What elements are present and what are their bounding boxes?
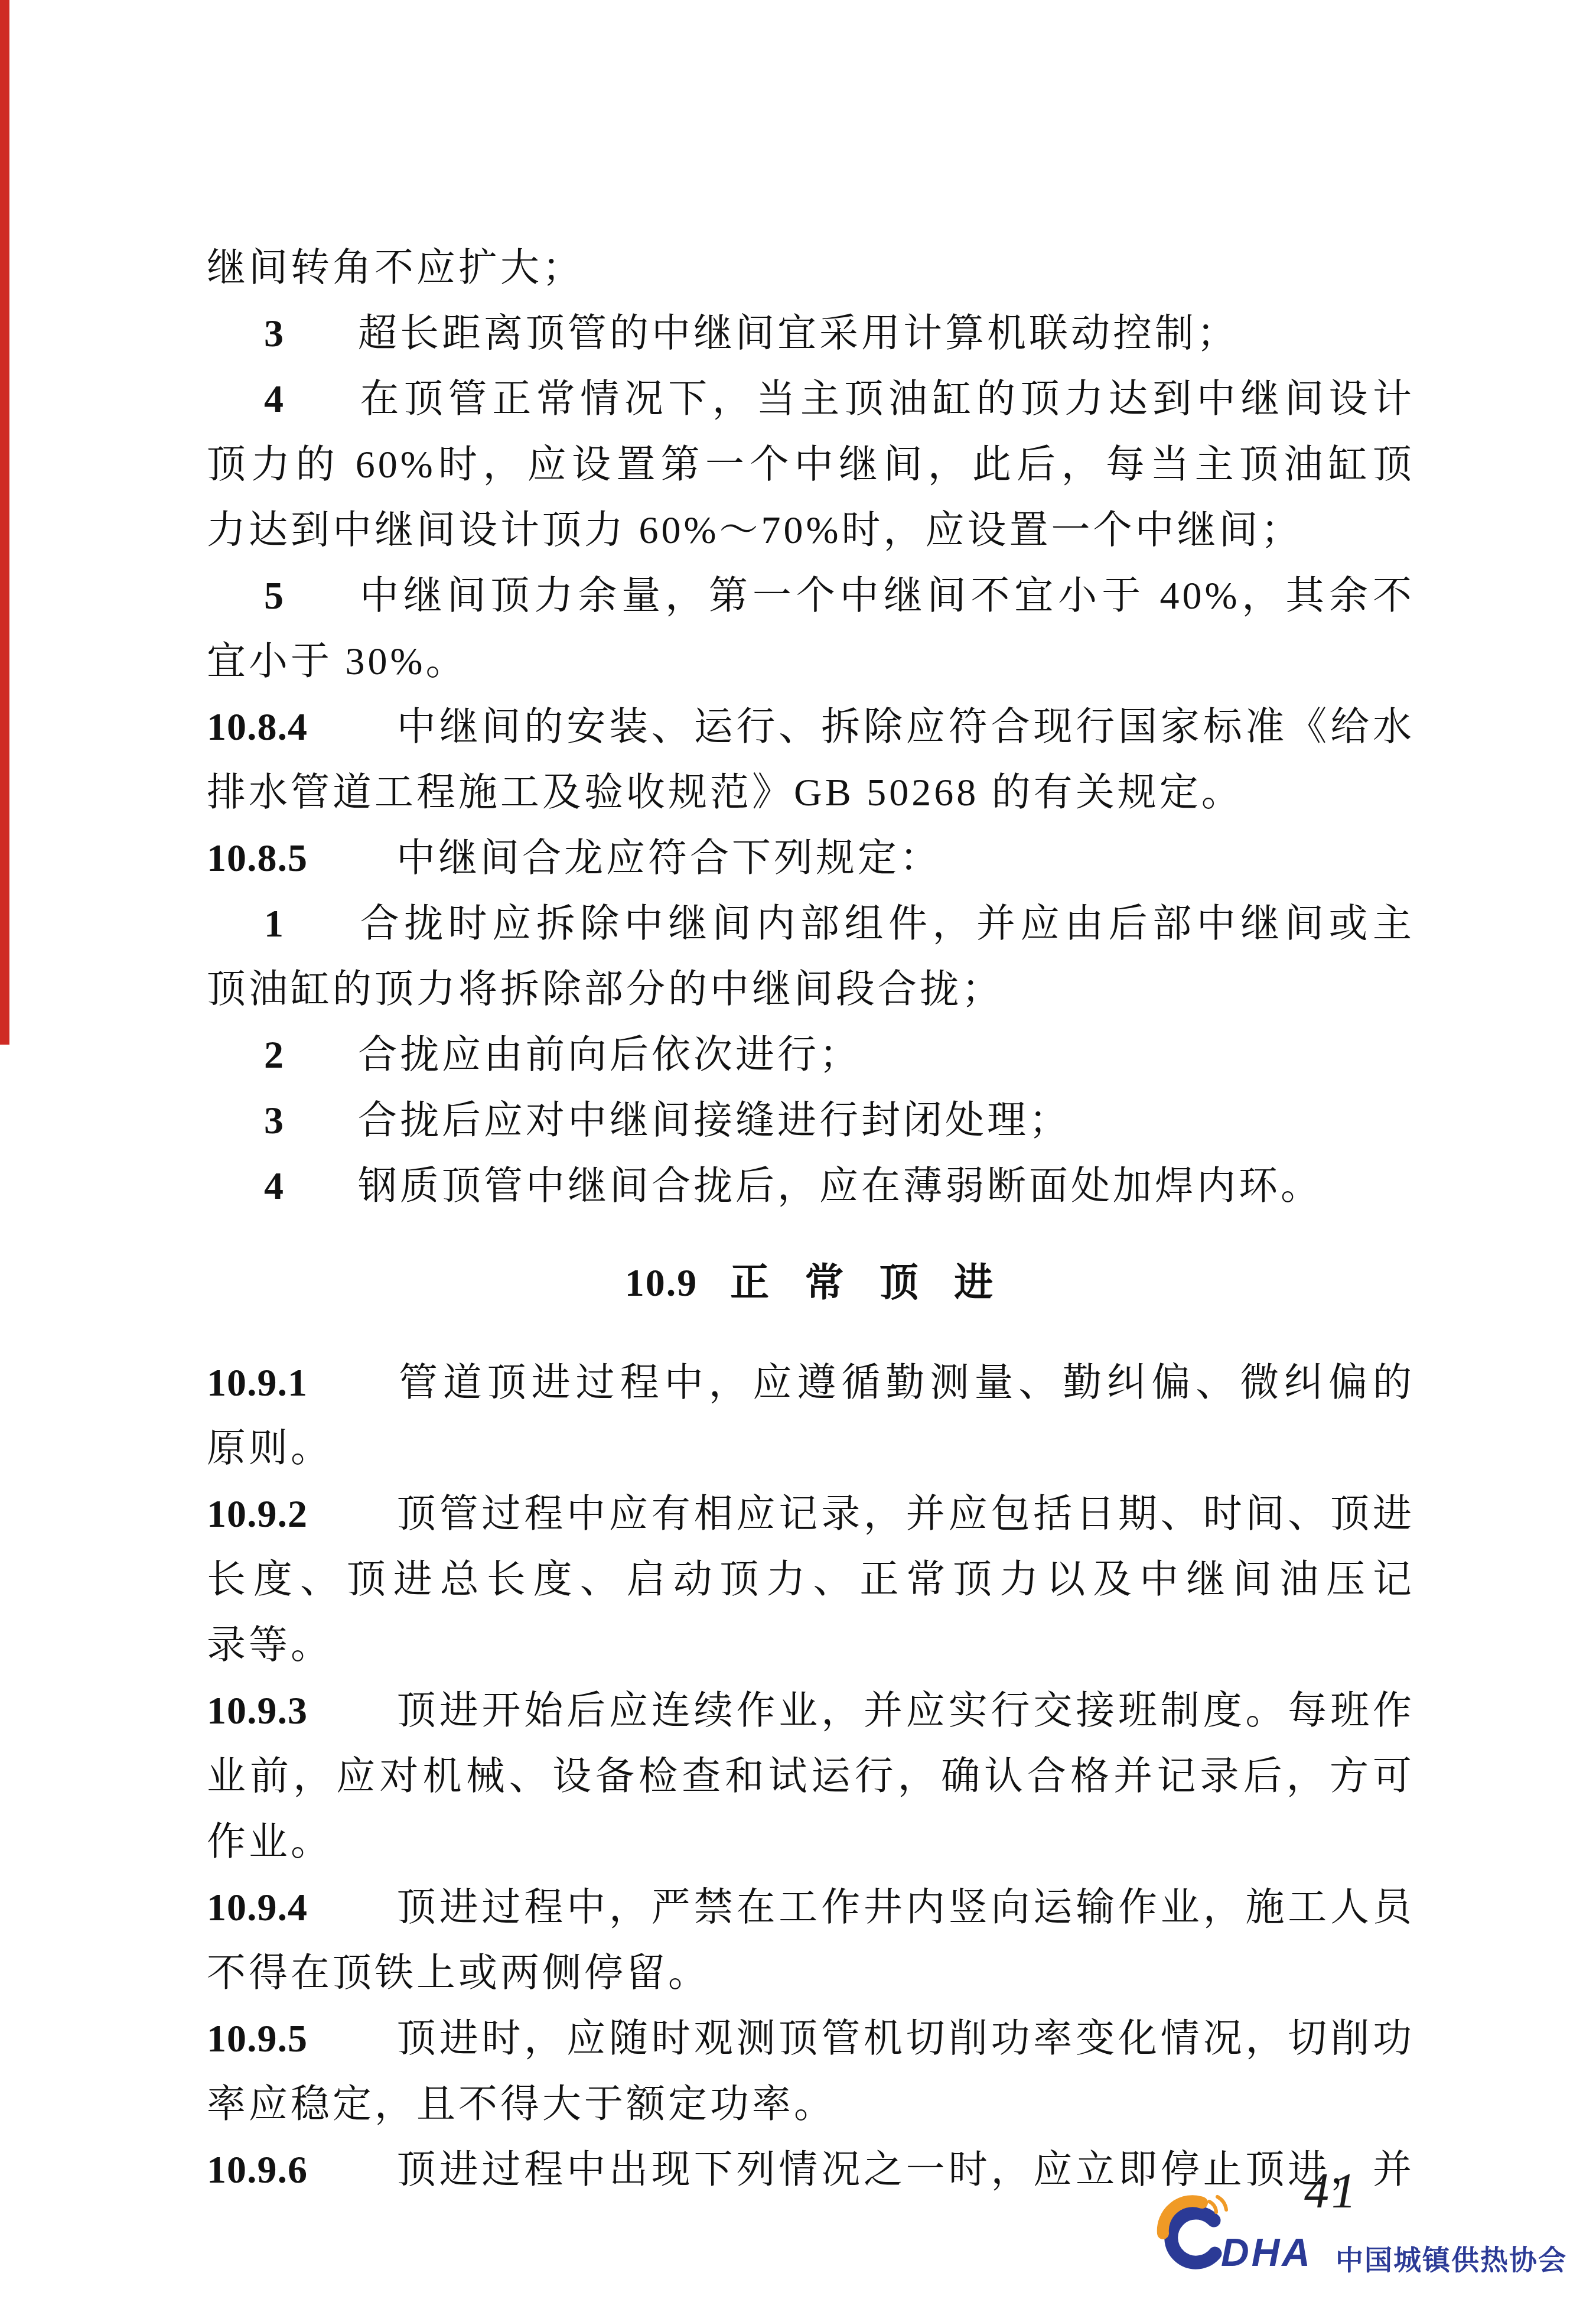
clause-number: 10.9.5 bbox=[207, 2017, 308, 2060]
item-number: 3 bbox=[264, 1099, 284, 1142]
line-text: 顶管过程中应有相应记录，并应包括日期、时间、顶进 bbox=[396, 1492, 1415, 1536]
line-text: 原则。 bbox=[207, 1427, 333, 1470]
line-text: 顶进时，应随时观测顶管机切削功率变化情况，切削功 bbox=[396, 2017, 1415, 2060]
doc-line: 作业。 bbox=[207, 1809, 1415, 1875]
doc-line: 录等。 bbox=[207, 1612, 1415, 1678]
line-text: 顶进过程中，严禁在工作井内竖向运输作业，施工人员 bbox=[396, 1886, 1415, 1929]
doc-line: 长度、顶进总长度、启动顶力、正常顶力以及中继间油压记 bbox=[207, 1547, 1415, 1612]
doc-line: 宜小于 30%。 bbox=[207, 629, 1415, 694]
clause-number: 10.9.3 bbox=[207, 1689, 308, 1732]
line-text: 合拢时应拆除中继间内部组件，并应由后部中继间或主 bbox=[358, 902, 1415, 945]
line-text: 顶力的 60%时，应设置第一个中继间，此后，每当主顶油缸顶 bbox=[207, 443, 1415, 486]
doc-line: 1合拢时应拆除中继间内部组件，并应由后部中继间或主 bbox=[207, 891, 1415, 957]
clause-number: 10.9.4 bbox=[207, 1886, 308, 1929]
line-text: 顶进过程中出现下列情况之一时，应立即停止顶进，并 bbox=[396, 2148, 1415, 2191]
line-text: 长度、顶进总长度、启动顶力、正常顶力以及中继间油压记 bbox=[207, 1558, 1415, 1601]
clause-number: 10.9.6 bbox=[207, 2148, 308, 2191]
line-text: 合拢应由前向后依次进行； bbox=[358, 1033, 861, 1077]
clause-number: 10.8.4 bbox=[207, 705, 308, 749]
doc-line: 不得在顶铁上或两侧停留。 bbox=[207, 1940, 1415, 2006]
logo-abbreviation: DHA bbox=[1221, 2230, 1312, 2275]
doc-line: 10.9.5顶进时，应随时观测顶管机切削功率变化情况，切削功 bbox=[207, 2006, 1415, 2072]
document-body: 继间转角不应扩大； 3超长距离顶管的中继间宜采用计算机联动控制； 4在顶管正常情… bbox=[207, 235, 1415, 2203]
section-heading-title: 正 常 顶 进 bbox=[730, 1260, 996, 1304]
line-text: 钢质顶管中继间合拢后，应在薄弱断面处加焊内环。 bbox=[358, 1165, 1323, 1208]
doc-line: 3合拢后应对中继间接缝进行封闭处理； bbox=[207, 1088, 1415, 1153]
line-text: 顶油缸的顶力将拆除部分的中继间段合拢； bbox=[207, 968, 1004, 1011]
line-text: 作业。 bbox=[207, 1820, 333, 1864]
doc-line: 3超长距离顶管的中继间宜采用计算机联动控制； bbox=[207, 301, 1415, 366]
section-heading: 10.9正 常 顶 进 bbox=[207, 1250, 1415, 1316]
cdha-logo: DHA 中国城镇供热协会 bbox=[1155, 2193, 1580, 2288]
line-text: 中继间顶力余量，第一个中继间不宜小于 40%，其余不 bbox=[358, 574, 1415, 617]
line-text: 管道顶进过程中，应遵循勤测量、勤纠偏、微纠偏的 bbox=[396, 1361, 1415, 1404]
doc-line: 5中继间顶力余量，第一个中继间不宜小于 40%，其余不 bbox=[207, 563, 1415, 629]
item-number: 1 bbox=[264, 902, 284, 945]
section-heading-number: 10.9 bbox=[625, 1261, 698, 1305]
doc-line: 业前，应对机械、设备检查和试运行，确认合格并记录后，方可 bbox=[207, 1744, 1415, 1809]
doc-line: 10.9.4顶进过程中，严禁在工作井内竖向运输作业，施工人员 bbox=[207, 1875, 1415, 1940]
line-text: 合拢后应对中继间接缝进行封闭处理； bbox=[358, 1099, 1071, 1142]
item-number: 2 bbox=[264, 1033, 284, 1077]
doc-line: 10.9.3顶进开始后应连续作业，并应实行交接班制度。每班作 bbox=[207, 1678, 1415, 1744]
item-number: 5 bbox=[264, 574, 284, 617]
clause-number: 10.9.1 bbox=[207, 1361, 308, 1404]
item-number: 4 bbox=[264, 378, 284, 421]
doc-line: 4钢质顶管中继间合拢后，应在薄弱断面处加焊内环。 bbox=[207, 1153, 1415, 1219]
doc-line: 10.9.2顶管过程中应有相应记录，并应包括日期、时间、顶进 bbox=[207, 1481, 1415, 1547]
item-number: 4 bbox=[264, 1165, 284, 1208]
doc-line: 原则。 bbox=[207, 1416, 1415, 1481]
doc-line: 10.8.5中继间合龙应符合下列规定： bbox=[207, 825, 1415, 891]
line-text: 顶进开始后应连续作业，并应实行交接班制度。每班作 bbox=[396, 1689, 1415, 1732]
clause-number: 10.8.5 bbox=[207, 837, 308, 880]
doc-line: 力达到中继间设计顶力 60%～70%时，应设置一个中继间； bbox=[207, 497, 1415, 563]
doc-line: 10.9.1管道顶进过程中，应遵循勤测量、勤纠偏、微纠偏的 bbox=[207, 1350, 1415, 1416]
line-text: 中继间合龙应符合下列规定： bbox=[396, 837, 942, 880]
doc-line: 继间转角不应扩大； bbox=[207, 235, 1415, 301]
line-text: 排水管道工程施工及验收规范》GB 50268 的有关规定。 bbox=[207, 771, 1243, 814]
doc-line: 率应稳定，且不得大于额定功率。 bbox=[207, 2072, 1415, 2137]
line-text: 不得在顶铁上或两侧停留。 bbox=[207, 1952, 710, 1995]
logo-organization-name: 中国城镇供热协会 bbox=[1336, 2238, 1567, 2278]
line-text: 在顶管正常情况下，当主顶油缸的顶力达到中继间设计 bbox=[358, 378, 1415, 421]
line-text: 超长距离顶管的中继间宜采用计算机联动控制； bbox=[358, 312, 1239, 355]
line-text: 继间转角不应扩大； bbox=[207, 246, 584, 290]
doc-line: 顶油缸的顶力将拆除部分的中继间段合拢； bbox=[207, 957, 1415, 1022]
item-number: 3 bbox=[264, 312, 284, 355]
scan-artifact-line bbox=[0, 0, 9, 1045]
line-text: 率应稳定，且不得大于额定功率。 bbox=[207, 2083, 836, 2126]
line-text: 录等。 bbox=[207, 1624, 333, 1667]
doc-line: 2合拢应由前向后依次进行； bbox=[207, 1022, 1415, 1088]
doc-line: 4在顶管正常情况下，当主顶油缸的顶力达到中继间设计 bbox=[207, 366, 1415, 432]
line-text: 力达到中继间设计顶力 60%～70%时，应设置一个中继间； bbox=[207, 509, 1302, 552]
clause-number: 10.9.2 bbox=[207, 1492, 308, 1536]
line-text: 中继间的安装、运行、拆除应符合现行国家标准《给水 bbox=[396, 705, 1415, 749]
doc-line: 顶力的 60%时，应设置第一个中继间，此后，每当主顶油缸顶 bbox=[207, 432, 1415, 497]
scanned-document-page: { "colors": { "artifact_red": "#cf2b24",… bbox=[0, 0, 1596, 2312]
doc-line: 排水管道工程施工及验收规范》GB 50268 的有关规定。 bbox=[207, 760, 1415, 825]
doc-line: 10.8.4中继间的安装、运行、拆除应符合现行国家标准《给水 bbox=[207, 694, 1415, 760]
line-text: 宜小于 30%。 bbox=[207, 640, 467, 683]
line-text: 业前，应对机械、设备检查和试运行，确认合格并记录后，方可 bbox=[207, 1755, 1415, 1798]
